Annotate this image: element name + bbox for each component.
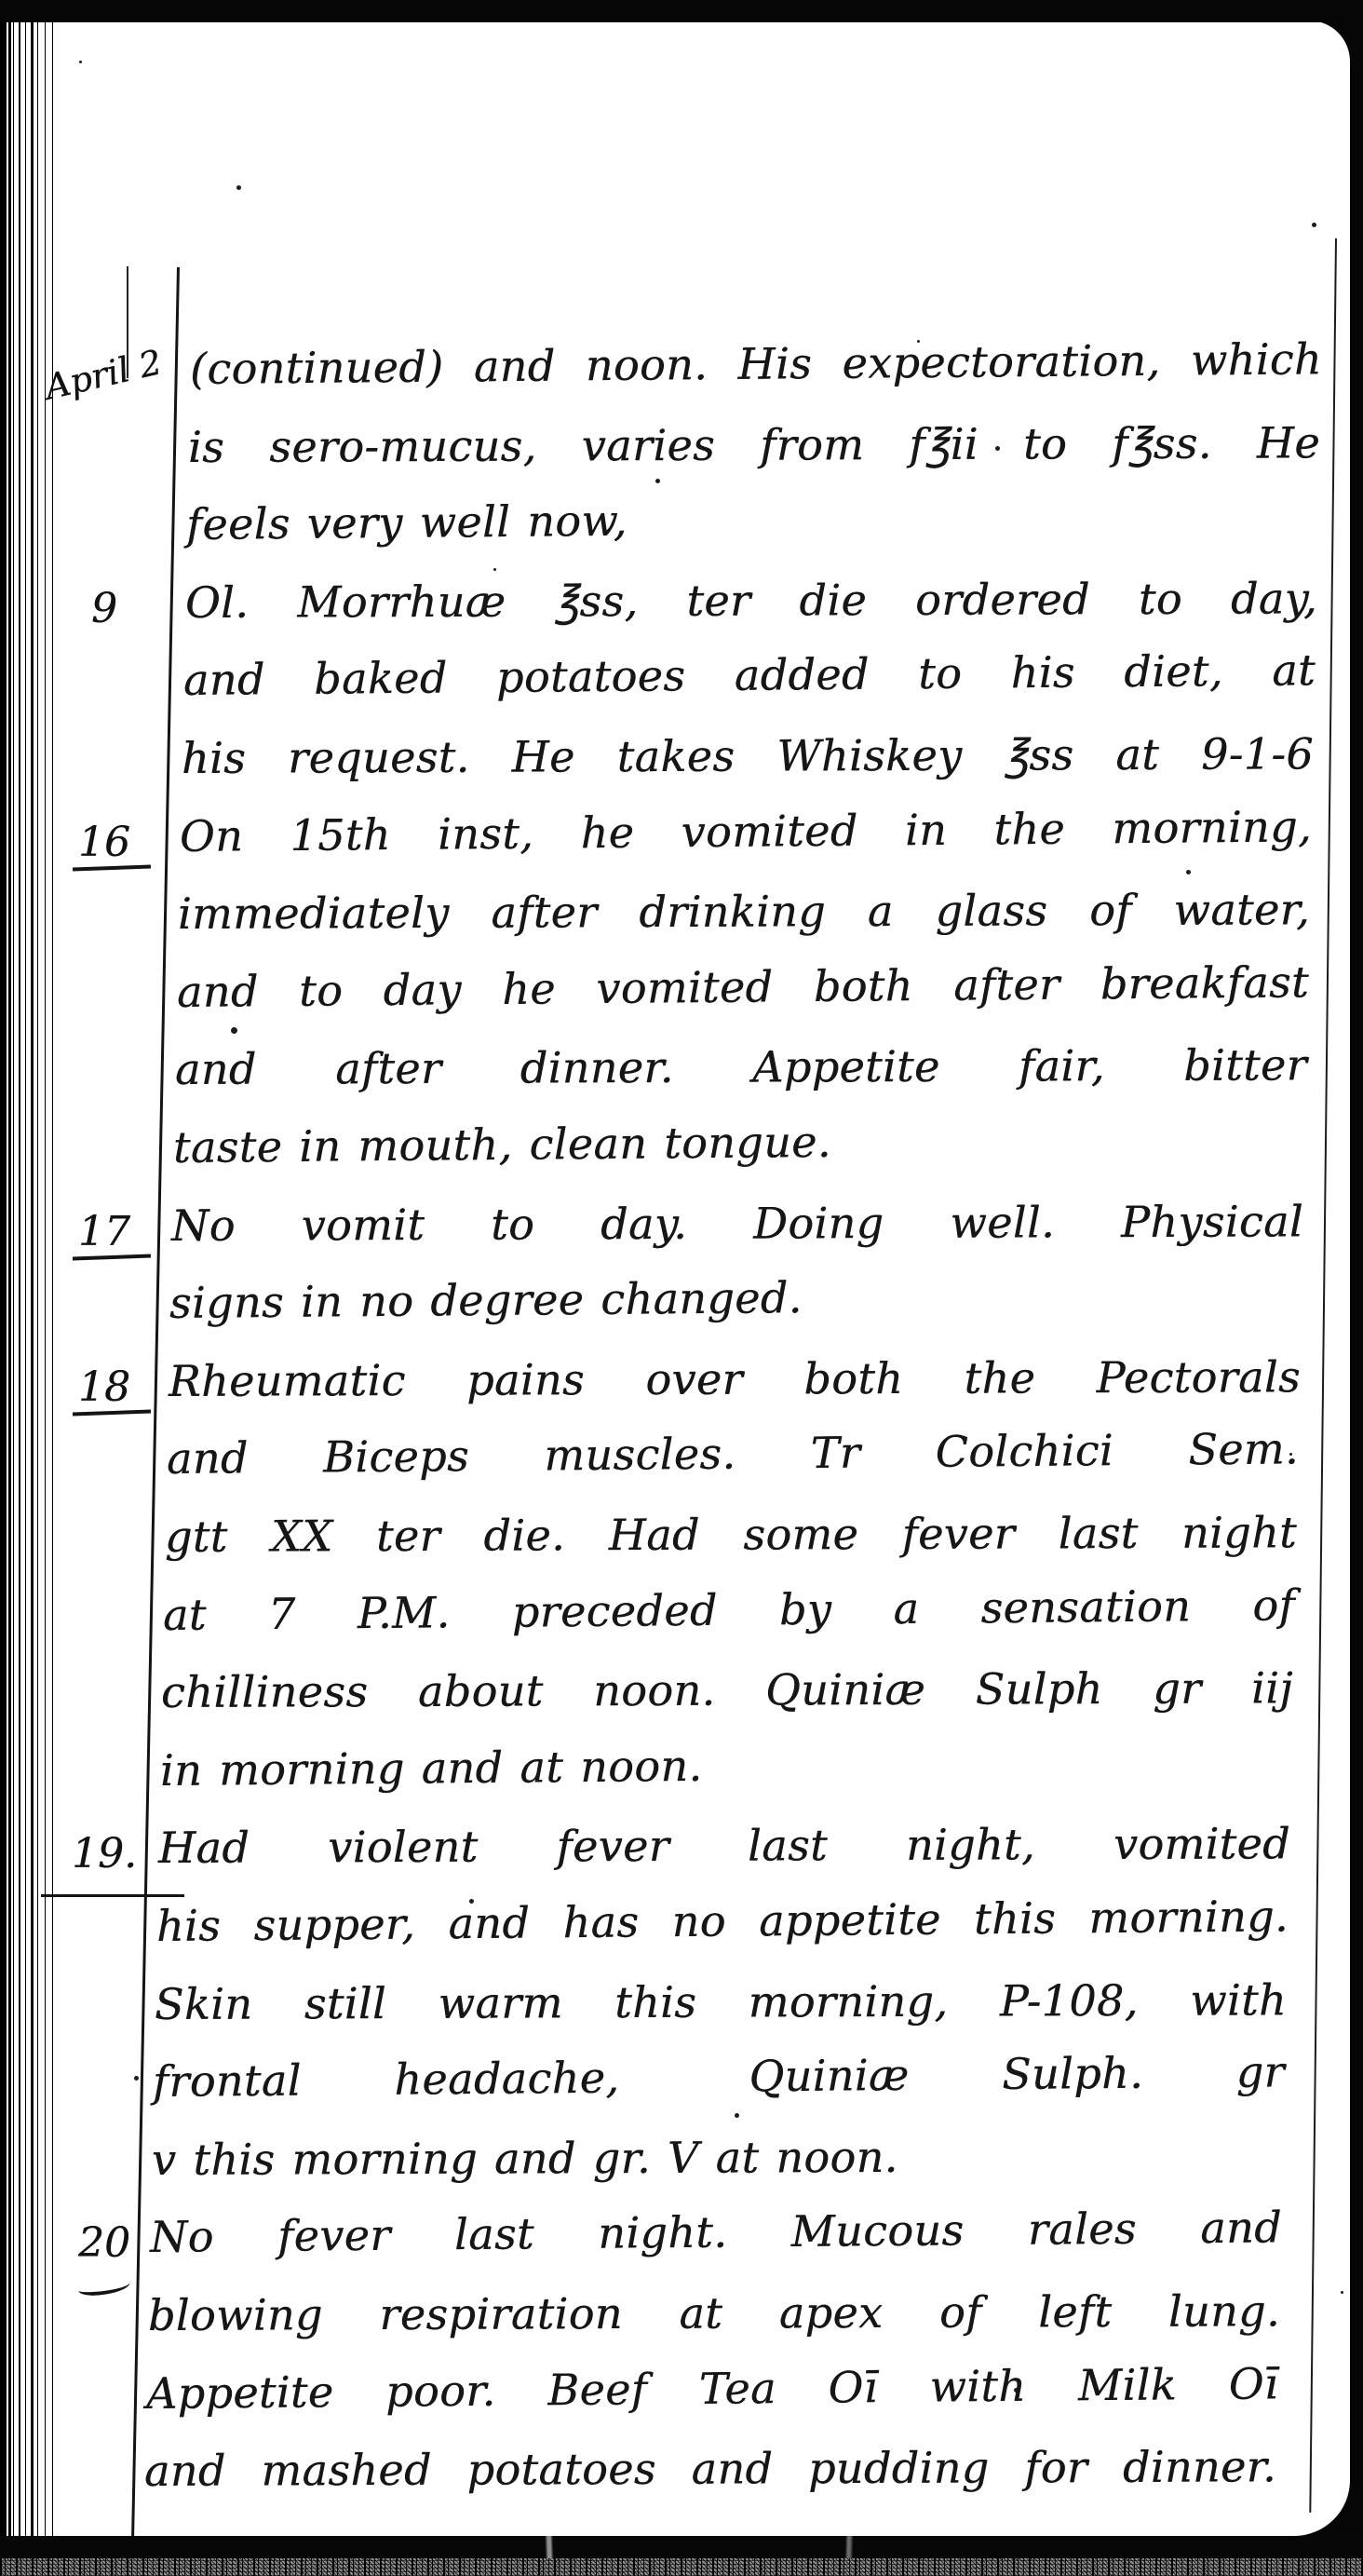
- entry-line: blowing respiration at apex of left lung…: [148, 2283, 1280, 2351]
- margin-date: 17: [48, 1205, 160, 1259]
- entry-line: No fever last night. Mucous rales and: [150, 2200, 1283, 2273]
- entry-line: his request. He takes Whiskey ℥ss at 9-1…: [182, 725, 1314, 793]
- margin-date: 18: [48, 1361, 160, 1415]
- entry-line: feels very well now,: [186, 493, 628, 560]
- entry-line: No vomit to day. Doing well. Physical: [171, 1193, 1303, 1261]
- scan-root: April 2(continued) and noon. His expecto…: [0, 0, 1363, 2576]
- date-underline: [77, 2276, 130, 2298]
- entry-line: Skin still warm this morning, P-108, wit…: [155, 1972, 1287, 2040]
- entries-layer: April 2(continued) and noon. His expecto…: [0, 0, 1363, 2576]
- entry-line: is sero-mucus, varies from f℥ii to f℥ss.…: [188, 414, 1320, 482]
- entry-line: gtt XX ter die. Had some fever last nigh…: [165, 1504, 1297, 1572]
- entry-line: frontal headache, Quiniæ Sulph. gr: [153, 2044, 1286, 2118]
- scan-top-band: [0, 0, 1363, 22]
- entry-line: v this morning and gr. V at noon.: [151, 2129, 897, 2195]
- entry-line: and after dinner. Appetite fair, bitter: [175, 1037, 1307, 1105]
- entry-line: chilliness about noon. Quiniæ Sulph gr i…: [161, 1661, 1293, 1729]
- entry-line: and to day he vomited both after breakfa…: [176, 954, 1309, 1027]
- entry-line: immediately after drinking a glass of wa…: [178, 882, 1310, 950]
- margin-date: 16: [48, 816, 160, 870]
- scan-noise-strip: [0, 2558, 1363, 2576]
- margin-date: 20: [48, 2217, 160, 2271]
- entry-line: Rheumatic pains over both the Pectorals: [168, 1349, 1300, 1417]
- entry-line: his supper, and has no appetite this mor…: [156, 1888, 1289, 1961]
- entry-line: at 7 P.M. preceded by a sensation of: [163, 1577, 1296, 1650]
- margin-date: 9: [48, 582, 160, 636]
- scan-bottom-band: [0, 2536, 1363, 2558]
- entry-line: and baked potatoes added to his diet, at: [183, 643, 1316, 716]
- entry-line: signs in no degree changed.: [169, 1269, 803, 1338]
- entry-line: Ol. Morrhuæ ℥ss, ter die ordered to day,: [184, 570, 1316, 638]
- entry-line: (continued) and noon. His expectoration,…: [190, 331, 1323, 404]
- binding-edge: [0, 0, 61, 2576]
- margin-date: 19.: [48, 1827, 160, 1881]
- entry-line: and mashed potatoes and pudding for dinn…: [144, 2439, 1276, 2507]
- entry-line: taste in mouth, clean tongue.: [173, 1114, 831, 1183]
- entry-line: and Biceps muscles. Tr Colchici Sem.: [167, 1421, 1300, 1495]
- entry-line: in morning and at noon.: [159, 1738, 702, 1806]
- entry-line: On 15th inst, he vomited in the morning,: [180, 798, 1313, 872]
- entry-line: Had violent fever last night, vomited: [158, 1816, 1290, 1884]
- entry-line: Appetite poor. Beef Tea Oī with Milk Oī: [146, 2355, 1279, 2429]
